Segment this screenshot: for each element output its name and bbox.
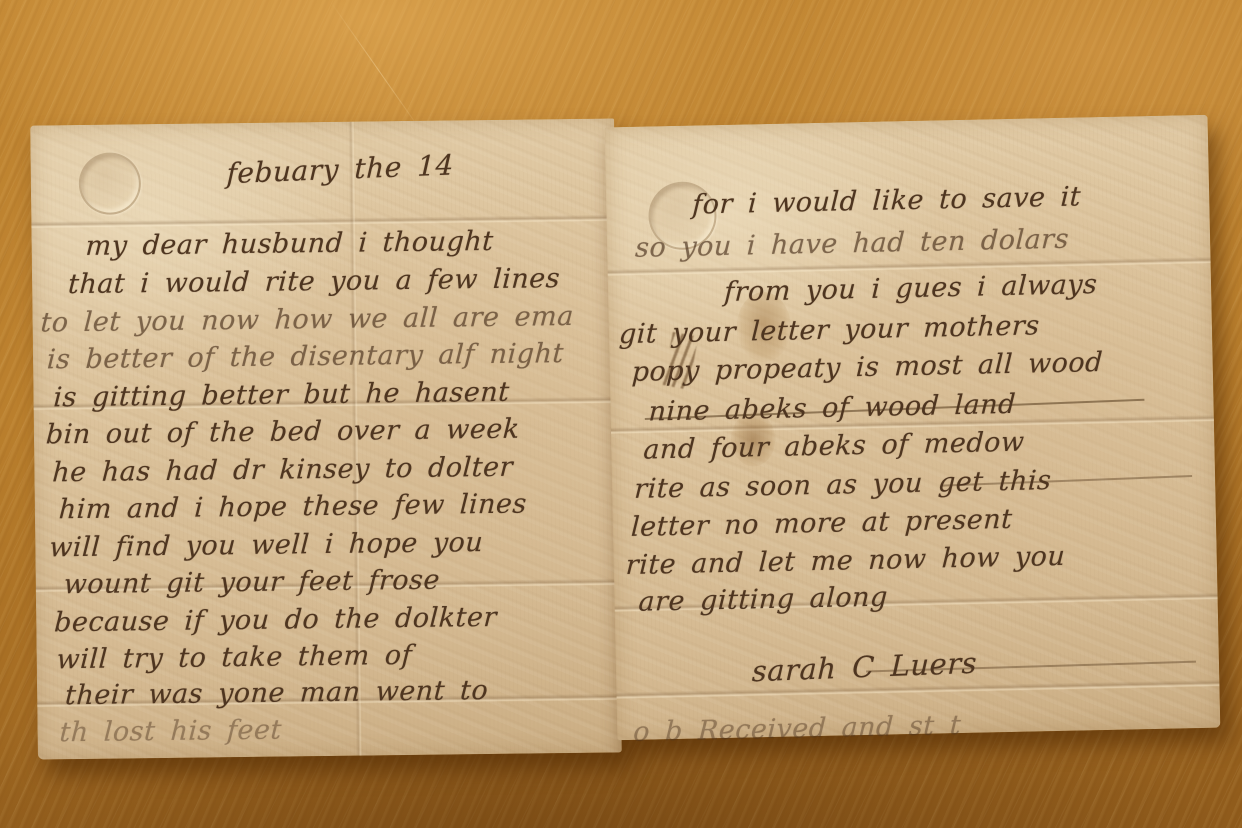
handwritten-line: are gitting along (638, 584, 889, 616)
fold-crease (616, 680, 1219, 700)
handwritten-line-partial: th lost his feet (59, 717, 283, 747)
handwritten-line: him and i hope these few lines (58, 491, 528, 524)
handwritten-line: nine abeks of wood land (648, 391, 1017, 426)
handwritten-line: so you i have had ten dolars (635, 226, 1070, 262)
embossed-seal-icon (78, 152, 141, 215)
handwritten-line: for i would like to save it (692, 183, 1082, 218)
letter-page-right: for i would like to save it so you i hav… (605, 115, 1221, 740)
handwritten-line-partial: o b Received and st t (633, 712, 962, 746)
handwritten-line: that i would rite you a few lines (67, 265, 561, 298)
handwritten-line: my dear husbund i thought (85, 228, 495, 260)
fold-crease (31, 214, 615, 228)
handwritten-line: their was yone man went to (64, 677, 489, 709)
handwritten-line: rite and let me now how you (625, 543, 1066, 579)
photo-scene: { "scene": { "heading": "febuary the 14"… (0, 0, 1242, 828)
handwritten-line: wount git your feet frose (63, 567, 441, 599)
wood-scratch (329, 0, 427, 140)
handwritten-line: and four abeks of medow (643, 429, 1025, 464)
handwritten-line: is better of the disentary alf night (46, 340, 564, 373)
handwritten-line: he has had dr kinsey to dolter (52, 454, 514, 487)
letter-page-left: febuary the 14 my dear husbund i thought… (30, 118, 622, 759)
handwritten-line: because if you do the dolkter (53, 604, 497, 636)
handwritten-line: from you i gues i always (723, 271, 1098, 306)
handwritten-line: will try to take them of (56, 642, 413, 673)
handwritten-line: will find you well i hope you (49, 529, 485, 561)
handwritten-line: is gitting better but he hasent (53, 379, 511, 412)
handwritten-line: to let you now how we all are ema (40, 303, 575, 337)
handwritten-line: bin out of the bed over a week (45, 416, 520, 449)
letter-date-heading: febuary the 14 (226, 151, 454, 188)
handwritten-line: rite as soon as you get this (634, 467, 1053, 503)
handwritten-line: popy propeaty is most all wood (631, 349, 1103, 386)
signature: sarah C Luers (752, 649, 978, 687)
handwritten-line: git your letter your mothers (618, 312, 1040, 348)
handwritten-line: letter no more at present (630, 506, 1013, 541)
